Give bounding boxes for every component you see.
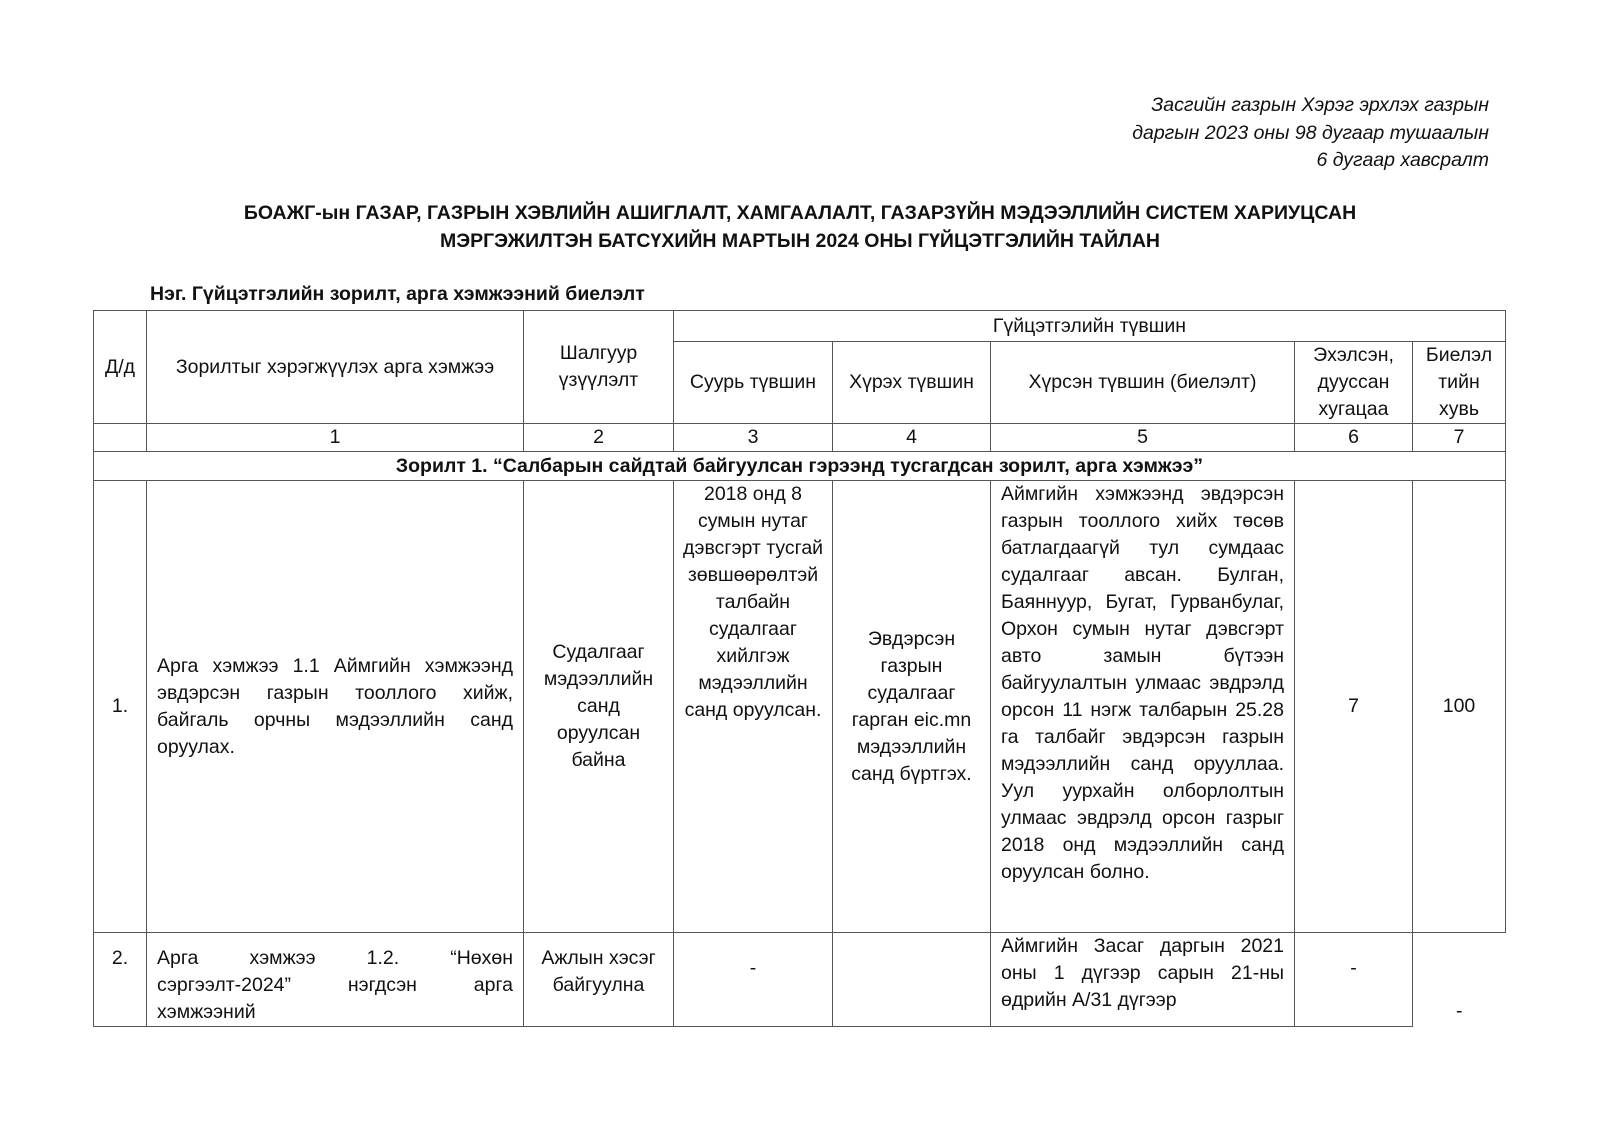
row-baseline: -: [674, 933, 833, 1027]
annex-reference: Засгийн газрын Хэрэг эрхлэх газрын даргы…: [1132, 92, 1489, 175]
colnum: 2: [524, 424, 674, 452]
row-period: 7: [1295, 481, 1413, 933]
header-criteria: Шалгуур үзүүлэлт: [524, 311, 674, 424]
row-target: [833, 933, 991, 1027]
report-title: БОАЖГ-ын ГАЗАР, ГАЗРЫН ХЭВЛИЙН АШИГЛАЛТ,…: [0, 200, 1600, 255]
row-achieved: Аймгийн хэмжээнд эвдэрсэн газрын тооллог…: [991, 481, 1295, 933]
annex-line: даргын 2023 оны 98 дугаар тушаалын: [1132, 120, 1489, 148]
header-achieved: Хүрсэн түвшин (биелэлт): [991, 342, 1295, 424]
row-criteria: Ажлын хэсэг байгуулна: [524, 933, 674, 1027]
header-target: Хүрэх түвшин: [833, 342, 991, 424]
row-criteria: Судалгааг мэдээллийн санд оруулсан байна: [524, 481, 674, 933]
header-no: Д/д: [94, 311, 147, 424]
row-no: 2.: [94, 933, 147, 1027]
row-completion: 100: [1413, 481, 1506, 933]
row-period: -: [1295, 933, 1413, 1027]
header-completion: Биелэл тийн хувь: [1413, 342, 1506, 424]
colnum: 7: [1413, 424, 1506, 452]
performance-table: Д/д Зорилтыг хэрэгжүүлэх арга хэмжээ Шал…: [93, 310, 1506, 1027]
row-action: Арга хэмжээ 1.2. “Нөхөн сэргээлт-2024” н…: [147, 933, 524, 1027]
header-period: Эхэлсэн, дууссан хугацаа: [1295, 342, 1413, 424]
row-baseline: 2018 онд 8 сумын нутаг дэвсгэрт тусгай з…: [674, 481, 833, 933]
table-row: 2. Арга хэмжээ 1.2. “Нөхөн сэргээлт-2024…: [94, 933, 1506, 1027]
colnum: 5: [991, 424, 1295, 452]
colnum-blank: [94, 424, 147, 452]
row-completion: -: [1413, 933, 1506, 1027]
annex-line: 6 дугаар хавсралт: [1132, 147, 1489, 175]
header-performance-group: Гүйцэтгэлийн түвшин: [674, 311, 1506, 342]
colnum: 6: [1295, 424, 1413, 452]
column-number-row: 1 2 3 4 5 6 7: [94, 424, 1506, 452]
table-row: 1. Арга хэмжээ 1.1 Аймгийн хэмжээнд эвдэ…: [94, 481, 1506, 933]
row-no: 1.: [94, 481, 147, 933]
annex-line: Засгийн газрын Хэрэг эрхлэх газрын: [1132, 92, 1489, 120]
row-action: Арга хэмжээ 1.1 Аймгийн хэмжээнд эвдэрсэ…: [147, 481, 524, 933]
header-baseline: Суурь түвшин: [674, 342, 833, 424]
row-target: Эвдэрсэн газрын судалгааг гарган eic.mn …: [833, 481, 991, 933]
section-heading: Нэг. Гүйцэтгэлийн зорилт, арга хэмжээний…: [150, 283, 645, 306]
colnum: 3: [674, 424, 833, 452]
header-action: Зорилтыг хэрэгжүүлэх арга хэмжээ: [147, 311, 524, 424]
colnum: 4: [833, 424, 991, 452]
title-line: БОАЖГ-ын ГАЗАР, ГАЗРЫН ХЭВЛИЙН АШИГЛАЛТ,…: [0, 200, 1600, 228]
goal-row: Зорилт 1. “Салбарын сайдтай байгуулсан г…: [94, 452, 1506, 481]
row-achieved: Аймгийн Засаг даргын 2021 оны 1 дүгээр с…: [991, 933, 1295, 1027]
title-line: МЭРГЭЖИЛТЭН БАТСҮХИЙН МАРТЫН 2024 ОНЫ ГҮ…: [0, 228, 1600, 256]
colnum: 1: [147, 424, 524, 452]
